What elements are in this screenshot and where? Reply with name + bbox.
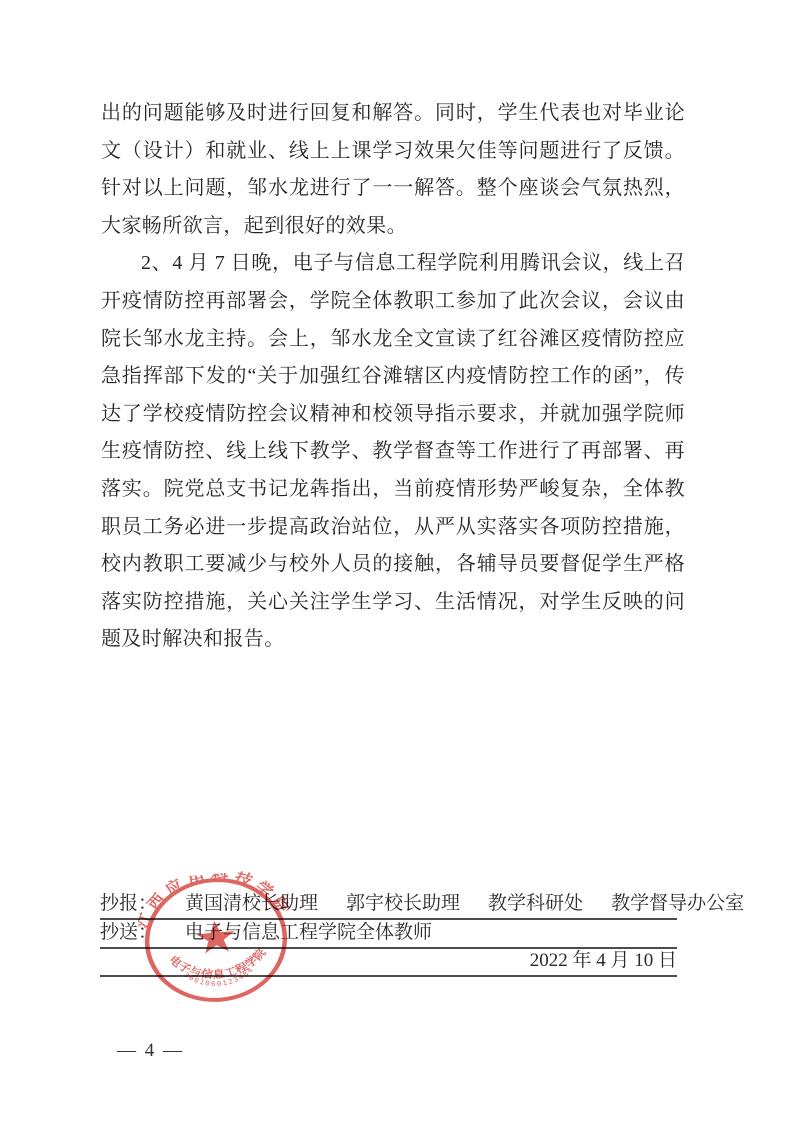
copy-report-recipient: 郭宇校长助理 bbox=[346, 888, 460, 915]
svg-text:电子与信息工程学院: 电子与信息工程学院 bbox=[165, 945, 271, 985]
page-number: — 4 — bbox=[117, 1040, 184, 1062]
document-page: 出的问题能够及时进行回复和解答。同时，学生代表也对毕业论文（设计）和就业、线上上… bbox=[0, 0, 794, 1123]
body-text-block: 出的问题能够及时进行回复和解答。同时，学生代表也对毕业论文（设计）和就业、线上上… bbox=[101, 95, 685, 659]
seal-graphic: 江西应用科技学院 电子与信息工程学院 3601060123484 bbox=[135, 868, 298, 1013]
official-seal: 江西应用科技学院 电子与信息工程学院 3601060123484 bbox=[135, 868, 298, 1013]
seal-star-icon bbox=[195, 919, 236, 954]
paragraph-item-2: 2、4 月 7 日晚，电子与信息工程学院利用腾讯会议，线上召开疫情防控再部署会，… bbox=[101, 245, 685, 659]
seal-name-text: 电子与信息工程学院 bbox=[165, 945, 271, 985]
document-date: 2022 年 4 月 10 日 bbox=[530, 945, 677, 972]
copy-report-recipient: 教学督导办公室 bbox=[611, 888, 744, 915]
copy-report-recipient: 教学科研处 bbox=[488, 888, 583, 915]
paragraph-continuation: 出的问题能够及时进行回复和解答。同时，学生代表也对毕业论文（设计）和就业、线上上… bbox=[101, 95, 685, 245]
